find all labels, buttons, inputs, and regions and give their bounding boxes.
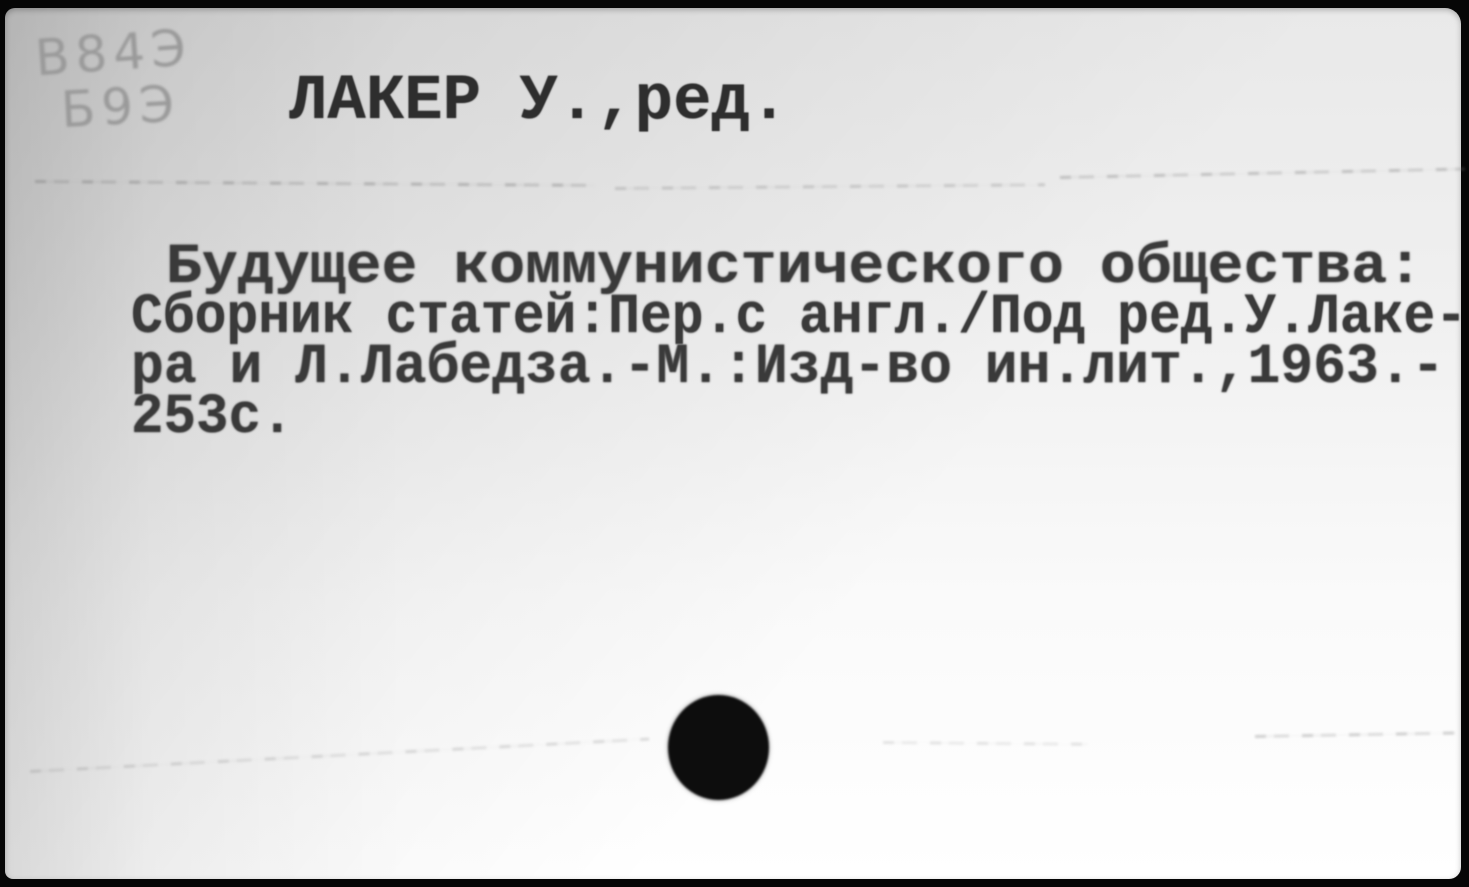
faded-pencil-line-bottom-middle xyxy=(883,741,1088,746)
scan-background: { "card": { "type_label": "library-catal… xyxy=(0,0,1469,887)
faded-pencil-line-top-left xyxy=(35,180,595,187)
faded-pencil-line-bottom-right xyxy=(1255,732,1455,738)
catalog-card: В84Э Б9Э ЛАКЕР У.,ред. Будущее коммунист… xyxy=(5,8,1461,879)
faded-pencil-line-bottom-left xyxy=(30,738,649,773)
call-number-line-2: Б9Э xyxy=(60,77,182,137)
faded-pencil-line-top-middle xyxy=(615,183,1045,190)
entry-line-pages: 253с. xyxy=(131,393,1404,443)
punch-hole xyxy=(668,695,769,800)
bibliographic-entry: Будущее коммунистического общества: Сбор… xyxy=(131,243,1469,443)
entry-line-publisher: ра и Л.Лабедза.-М.:Изд-во ин.лит.,1963.- xyxy=(131,343,1417,393)
faded-pencil-line-top-right xyxy=(1060,168,1465,179)
author-heading: ЛАКЕР У.,ред. xyxy=(289,70,788,134)
